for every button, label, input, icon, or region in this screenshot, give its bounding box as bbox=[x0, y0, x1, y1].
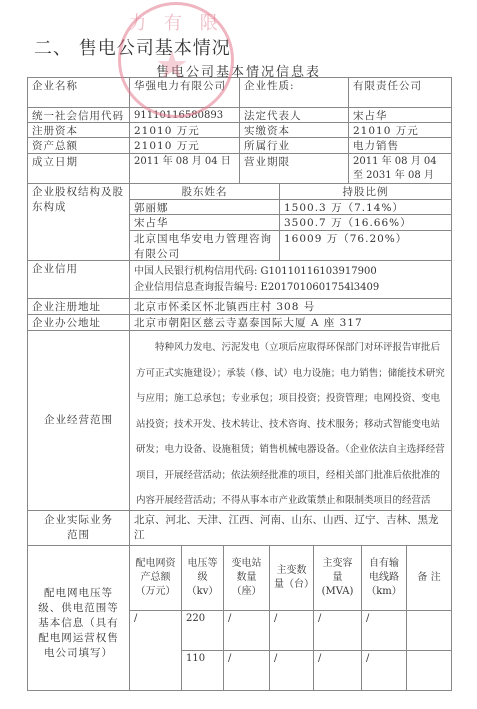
dist-lines: / bbox=[361, 610, 407, 651]
office-address-label: 企业办公地址 bbox=[27, 314, 130, 331]
shareholder-ratio: 1500.3 万（7.14%） bbox=[279, 199, 452, 215]
legal-rep-value: 宋占华 bbox=[348, 107, 452, 123]
shareholder-name: 郭丽娜 bbox=[129, 199, 280, 215]
distribution-label: 配电网电压等级、供电范围等基本信息（具有配电网运营权售电公司填写） bbox=[27, 545, 130, 691]
dist-voltage: 110 bbox=[181, 650, 224, 691]
credit-line-1: 中国人民银行机构信用代码: G10110116103917900 bbox=[134, 264, 447, 280]
total-assets-label: 资产总额 bbox=[27, 137, 130, 154]
dist-transformers: / bbox=[269, 610, 314, 651]
business-scope-label: 企业经营范围 bbox=[27, 330, 130, 511]
shareholder-ratio: 16009 万（76.20%） bbox=[279, 230, 452, 261]
dist-lines: / bbox=[361, 650, 407, 691]
reg-capital-label: 注册资本 bbox=[27, 122, 130, 138]
actual-business-label: 企业实际业务范围 bbox=[27, 510, 130, 546]
dist-header-transformers: 主变数量（台） bbox=[269, 545, 314, 611]
shareholders-label: 企业股权结构及股东构成 bbox=[27, 183, 130, 261]
shareholder-name: 宋占华 bbox=[129, 214, 280, 231]
reg-capital-value: 21010 万元 bbox=[129, 122, 240, 138]
dist-transformers: / bbox=[269, 650, 314, 691]
paid-capital-value: 21010 万元 bbox=[348, 122, 452, 138]
credit-value: 中国人民银行机构信用代码: G10110116103917900 企业信用信息查… bbox=[129, 260, 452, 299]
dist-asset-total: / bbox=[129, 610, 182, 691]
established-value: 2011 年 08 月 04 日 bbox=[129, 153, 240, 184]
company-name-label: 企业名称 bbox=[27, 77, 130, 108]
dist-note bbox=[406, 650, 452, 691]
dist-substations: / bbox=[223, 650, 270, 691]
shareholder-name-header: 股东姓名 bbox=[129, 183, 280, 200]
dist-header-substations: 变电站数量（座） bbox=[223, 545, 270, 611]
actual-business-value: 北京、河北、天津、江西、河南、山东、山西、辽宁、吉林、黑龙江 bbox=[129, 510, 452, 546]
dist-capacity: / bbox=[313, 610, 362, 651]
dist-header-capacity: 主变容量(MVA) bbox=[313, 545, 362, 611]
term-value: 2011 年 08 月 04 至 2031 年 08 月 03 日 bbox=[348, 153, 452, 184]
company-name-value: 华强电力有限公司 bbox=[129, 77, 240, 108]
industry-label: 所属行业 bbox=[239, 137, 349, 154]
shareholder-name: 北京国电华安电力管理咨询有限公司 bbox=[129, 230, 280, 261]
legal-rep-label: 法定代表人 bbox=[239, 107, 349, 123]
dist-header-note: 备 注 bbox=[406, 545, 452, 611]
dist-note bbox=[406, 610, 452, 651]
credit-code-value: 91110116580893 6684 bbox=[129, 107, 240, 123]
credit-code-label: 统一社会信用代码 bbox=[27, 107, 130, 123]
dist-header-lines: 自有输电线路（km） bbox=[361, 545, 407, 611]
info-table: 企业名称 华强电力有限公司 企业性质: 有限责任公司 统一社会信用代码 9111… bbox=[0, 0, 477, 709]
shareholder-ratio: 3500.7 万（16.66%） bbox=[279, 214, 452, 231]
reg-address-value: 北京市怀柔区怀北镇西庄村 308 号 bbox=[129, 298, 452, 315]
industry-value: 电力销售 bbox=[348, 137, 452, 154]
dist-substations: / bbox=[223, 610, 270, 651]
shareholder-ratio-header: 持股比例 bbox=[279, 183, 452, 200]
reg-address-label: 企业注册地址 bbox=[27, 298, 130, 315]
company-type-label: 企业性质: bbox=[239, 77, 349, 108]
total-assets-value: 21010 万元 bbox=[129, 137, 240, 154]
dist-header-asset: 配电网资产总额（万元） bbox=[129, 545, 182, 611]
office-address-value: 北京市朝阳区慈云寺嘉泰国际大厦 A 座 317 bbox=[129, 314, 452, 331]
term-label: 营业期限 bbox=[239, 153, 349, 184]
paid-capital-label: 实缴资本 bbox=[239, 122, 349, 138]
dist-capacity: / bbox=[313, 650, 362, 691]
business-scope-value: 特种风力发电、污泥发电（立项后应取得环保部门对环评报告审批后方可正式实施建设）；… bbox=[129, 330, 452, 511]
dist-header-voltage: 电压等级（kv） bbox=[181, 545, 224, 611]
established-label: 成立日期 bbox=[27, 153, 130, 184]
credit-label: 企业信用 bbox=[27, 260, 130, 299]
company-type-value: 有限责任公司 bbox=[348, 77, 452, 108]
dist-voltage: 220 bbox=[181, 610, 224, 651]
credit-line-2: 企业信用信息查询报告编号: E2017010601754l3409 bbox=[134, 280, 447, 296]
